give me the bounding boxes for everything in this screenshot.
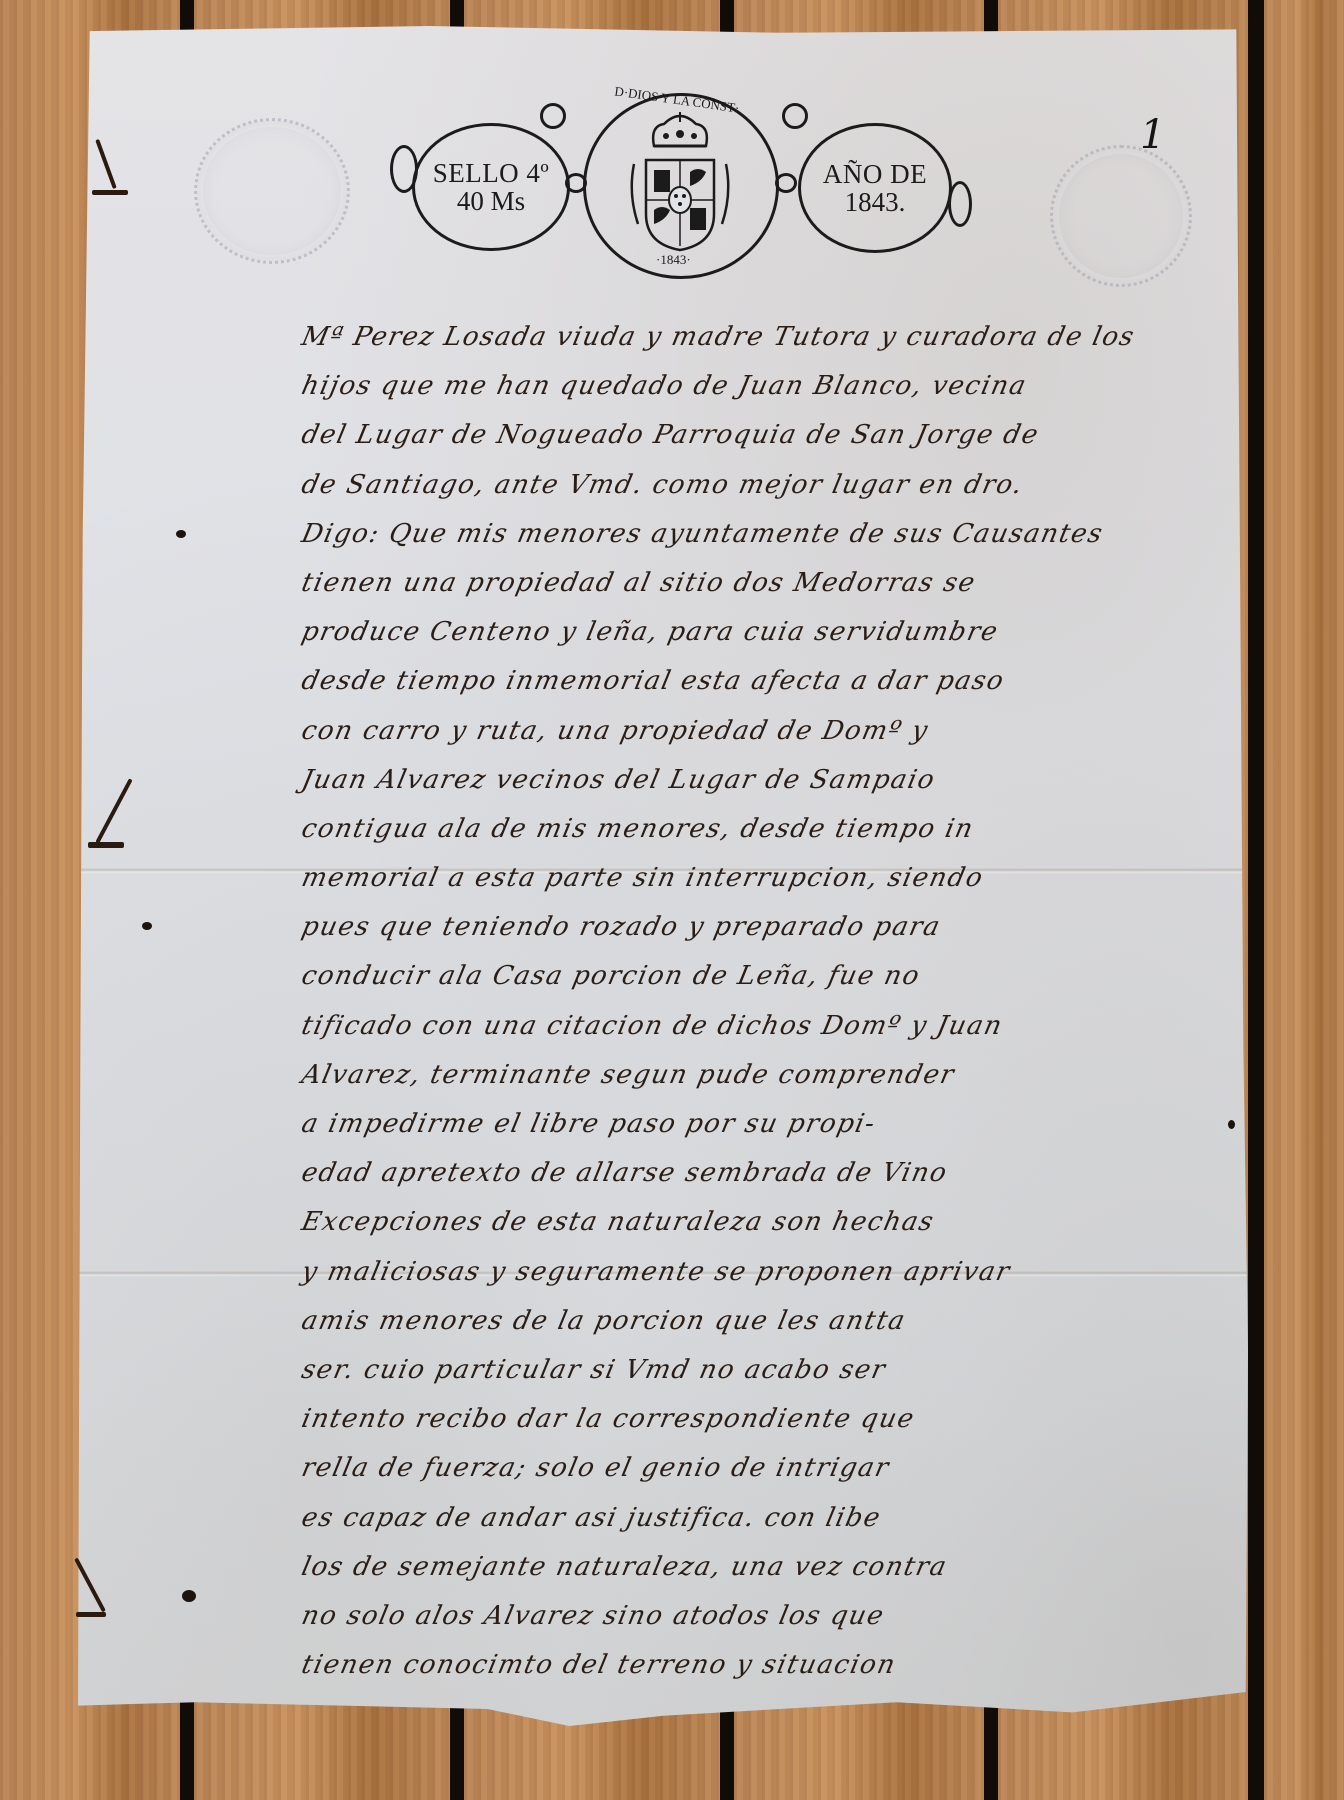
stamp-oval-sello: SELLO 4º 40 Ms [412, 123, 570, 251]
binding-thread [76, 1612, 106, 1617]
stamp-sello-label: SELLO 4º [433, 159, 550, 187]
manuscript-line: Excepciones de esta naturaleza son hecha… [295, 1207, 1165, 1256]
stamp-price-label: 40 Ms [457, 187, 525, 215]
manuscript-body: Mª Perez Losada viuda y madre Tutora y c… [300, 322, 1160, 1699]
manuscript-line: contigua ala de mis menores, desde tiemp… [295, 814, 1165, 863]
manuscript-line: amis menores de la porcion que les antta [295, 1306, 1165, 1355]
manuscript-line: los de semejante naturaleza, una vez con… [295, 1552, 1165, 1601]
manuscript-line: tienen conocimto del terreno y situacion [295, 1650, 1165, 1699]
crown-icon [648, 112, 712, 154]
stamp-oval-year: AÑO DE 1843. [798, 123, 952, 253]
manuscript-line: Juan Alvarez vecinos del Lugar de Sampai… [295, 765, 1165, 814]
manuscript-line: Mª Perez Losada viuda y madre Tutora y c… [295, 322, 1165, 371]
tax-stamp-header: SELLO 4º 40 Ms ISAB·2ª P·L·G·D·DIOS Y LA… [390, 93, 990, 283]
stamp-year-value: 1843. [845, 188, 906, 216]
embossed-seal-right [1050, 145, 1192, 287]
manuscript-line: produce Centeno y leña, para cuia servid… [295, 617, 1165, 666]
manuscript-line: memorial a esta parte sin interrupcion, … [295, 863, 1165, 912]
manuscript-line: es capaz de andar asi justifica. con lib… [295, 1503, 1165, 1552]
manuscript-line: a impedirme el libre paso por su propi- [295, 1109, 1165, 1158]
manuscript-line: ser. cuio particular si Vmd no acabo ser [295, 1355, 1165, 1404]
manuscript-line: rella de fuerza; solo el genio de intrig… [295, 1453, 1165, 1502]
coat-of-arms-icon [628, 154, 732, 254]
binding-hole [182, 1590, 196, 1602]
embossed-seal-left [194, 118, 350, 264]
manuscript-line: con carro y ruta, una propiedad de Domº … [295, 716, 1165, 765]
manuscript-line: del Lugar de Nogueado Parroquia de San J… [295, 420, 1165, 469]
manuscript-line: tienen una propiedad al sitio dos Medorr… [295, 568, 1165, 617]
manuscript-line: hijos que me han quedado de Juan Blanco,… [295, 371, 1165, 420]
ornament-scroll [775, 173, 797, 193]
manuscript-line: conducir ala Casa porcion de Leña, fue n… [295, 961, 1165, 1010]
ornament-scroll [782, 103, 808, 129]
board-gap [1248, 0, 1264, 1800]
seal-year: ·1843· [656, 252, 691, 268]
manuscript-line: intento recibo dar la correspondiente qu… [295, 1404, 1165, 1453]
manuscript-line: y maliciosas y seguramente se proponen a… [295, 1257, 1165, 1306]
ornament-scroll [948, 181, 972, 227]
binding-thread [92, 190, 128, 195]
manuscript-line: Alvarez, terminante segun pude comprende… [295, 1060, 1165, 1109]
manuscript-line: de Santiago, ante Vmd. como mejor lugar … [295, 470, 1165, 519]
manuscript-line: no solo alos Alvarez sino atodos los que [295, 1601, 1165, 1650]
wood-board [1264, 0, 1344, 1800]
manuscript-line: tificado con una citacion de dichos Domº… [295, 1011, 1165, 1060]
stamp-year-label: AÑO DE [823, 160, 927, 188]
binding-hole [176, 530, 186, 538]
ornament-scroll [540, 103, 566, 129]
binding-thread [88, 842, 124, 848]
manuscript-line: desde tiempo inmemorial esta afecta a da… [295, 666, 1165, 715]
manuscript-line: edad apretexto de allarse sembrada de Vi… [295, 1158, 1165, 1207]
page-number: 1 [1140, 112, 1165, 158]
binding-hole [1228, 1120, 1235, 1129]
binding-hole [142, 922, 152, 930]
manuscript-line: pues que teniendo rozado y preparado par… [295, 912, 1165, 961]
royal-seal: ISAB·2ª P·L·G·D·DIOS Y LA CONST·REYNA DE… [583, 93, 779, 279]
manuscript-line: Digo: Que mis menores ayuntamente de sus… [295, 519, 1165, 568]
